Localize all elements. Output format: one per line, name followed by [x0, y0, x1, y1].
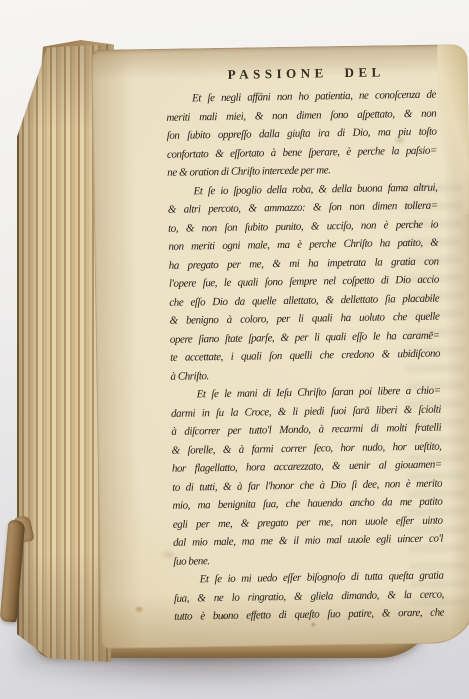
running-header: PASSIONE DEL [228, 64, 448, 80]
page-text: Etſenegliaffāninonhopatientia,neconoſcen… [166, 86, 444, 627]
photo-background: PASSIONE DEL Etſenegliaffāninonhopatient… [0, 0, 469, 699]
foxing-stain [134, 605, 144, 613]
book-page: PASSIONE DEL Etſenegliaffāninonhopatient… [91, 44, 469, 649]
text-line: tuttoèbuonoeffettodiqueſtoſuopatire,&ora… [174, 604, 444, 627]
